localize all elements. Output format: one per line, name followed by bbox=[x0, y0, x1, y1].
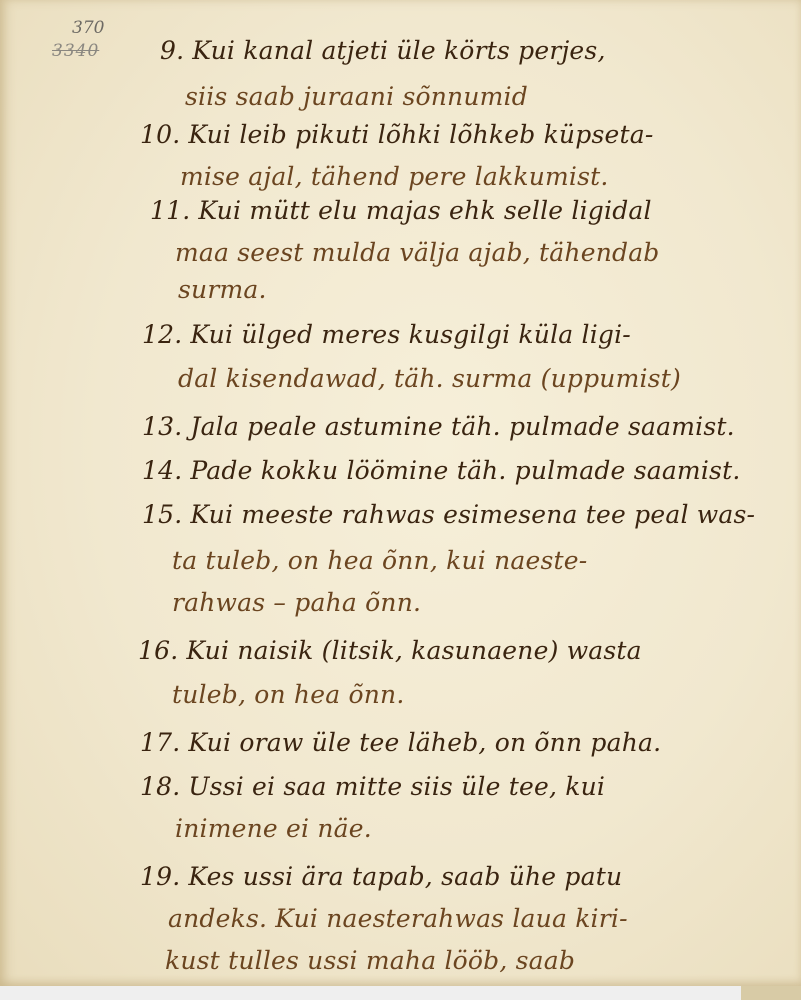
entry-18-line-2: inimene ei näe. bbox=[175, 814, 372, 843]
entry-11-line-2: maa seest mulda välja ajab, tähendab bbox=[175, 238, 660, 267]
entry-13-line-1: 13.Jala peale astumine täh. pulmade saam… bbox=[142, 412, 735, 441]
entry-19-line-2: andeks. Kui naesterahwas laua kiri- bbox=[168, 904, 628, 933]
entry-15-line-2: ta tuleb, on hea õnn, kui naeste- bbox=[172, 546, 587, 575]
entry-14-line-1: 14.Pade kokku löömine täh. pulmade saami… bbox=[142, 456, 740, 485]
entry-12-line-2: dal kisendawad, täh. surma (uppumist) bbox=[178, 364, 681, 393]
entry-16-line-1: 16.Kui naisik (litsik, kasunaene) wasta bbox=[138, 636, 642, 665]
entry-12-line-1: 12.Kui ülged meres kusgilgi küla ligi- bbox=[142, 320, 631, 349]
entry-15-line-3: rahwas – paha õnn. bbox=[172, 588, 421, 617]
manuscript-page: 370 3340 9.Kui kanal atjeti üle körts pe… bbox=[0, 0, 801, 986]
page-edge bbox=[741, 986, 801, 1000]
entry-15-line-1: 15.Kui meeste rahwas esimesena tee peal … bbox=[142, 500, 755, 529]
entry-19-line-1: 19.Kes ussi ära tapab, saab ühe patu bbox=[140, 862, 622, 891]
entry-17-line-1: 17.Kui oraw üle tee läheb, on õnn paha. bbox=[140, 728, 661, 757]
entry-11-line-3: surma. bbox=[178, 275, 267, 304]
entry-9-line-2: siis saab juraani sõnnumid bbox=[185, 82, 528, 111]
entry-18-line-1: 18.Ussi ei saa mitte siis üle tee, kui bbox=[140, 772, 605, 801]
folio-number: 370 3340 bbox=[52, 20, 104, 60]
entry-19-line-3: kust tulles ussi maha lööb, saab bbox=[165, 946, 575, 975]
entry-9-line-1: 9.Kui kanal atjeti üle körts perjes, bbox=[160, 36, 606, 65]
folio-current: 370 bbox=[72, 20, 104, 37]
entry-11-line-1: 11.Kui mütt elu majas ehk selle ligidal bbox=[150, 196, 652, 225]
entry-16-line-2: tuleb, on hea õnn. bbox=[172, 680, 404, 709]
folio-old-struck: 3340 bbox=[52, 43, 104, 60]
entry-10-line-2: mise ajal, tähend pere lakkumist. bbox=[180, 162, 609, 191]
scan-bottom-margin bbox=[0, 986, 801, 1000]
entry-10-line-1: 10.Kui leib pikuti lõhki lõhkeb küpseta- bbox=[140, 120, 653, 149]
